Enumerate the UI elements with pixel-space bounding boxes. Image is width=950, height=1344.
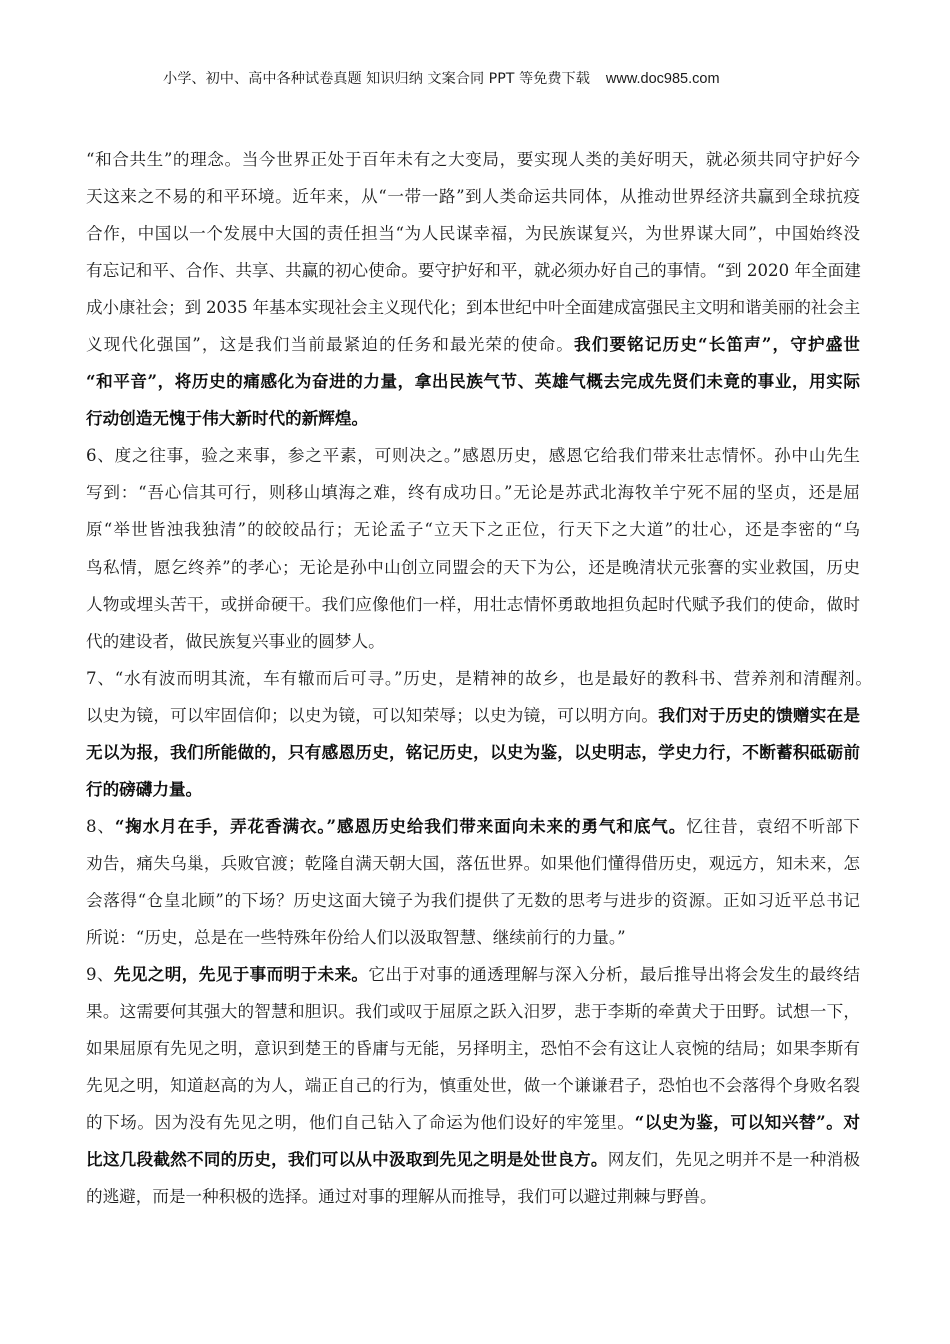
text-run: 忆往昔，袁绍不听部下 xyxy=(686,817,860,836)
text-run: 成小康社会；到 2035 年基本实现社会主义现代化；到本世纪中叶全面建成富强民主… xyxy=(86,298,860,317)
text-run: 代的建设者，做民族复兴事业的圆梦人。 xyxy=(86,632,385,651)
text-line: 以史为镜，可以牢固信仰；以史为镜，可以知荣辱；以史为镜，可以明方向。我们对于历史… xyxy=(86,697,860,734)
text-run: 6、度之往事，验之来事，参之平素，可则决之。”感恩历史，感恩它给我们带来壮志情怀… xyxy=(86,446,860,465)
text-run: 的下场。因为没有先见之明，他们自己钻入了命运为他们设好的牢笼里。 xyxy=(86,1113,635,1132)
text-line: 7、“水有波而明其流，车有辙而后可寻。”历史，是精神的故乡，也是最好的教科书、营… xyxy=(86,660,872,697)
text-run: 如果屈原有先见之明，意识到楚王的昏庸与无能，另择明主，恐怕不会有这让人哀惋的结局… xyxy=(86,1039,860,1058)
text-line: 如果屈原有先见之明，意识到楚王的昏庸与无能，另择明主，恐怕不会有这让人哀惋的结局… xyxy=(86,1030,860,1067)
text-line: 行的磅礴力量。 xyxy=(86,771,860,808)
text-line: 6、度之往事，验之来事，参之平素，可则决之。”感恩历史，感恩它给我们带来壮志情怀… xyxy=(86,437,860,474)
bold-text-run: 我们要铭记历史“长笛声”，守护盛世 xyxy=(574,334,860,354)
text-run: 会落得“仓皇北顾”的下场？历史这面大镜子为我们提供了无数的思考与进步的资源。正如… xyxy=(86,891,860,910)
text-run: 劝告，痛失乌巢，兵败官渡；乾隆自满天朝大国，落伍世界。如果他们懂得借历史，观远方… xyxy=(86,854,860,873)
text-run: 写到：“吾心信其可行，则移山填海之难，终有成功日。”无论是苏武北海牧羊宁死不屈的… xyxy=(86,483,860,502)
text-run: 以史为镜，可以牢固信仰；以史为镜，可以知荣辱；以史为镜，可以明方向。 xyxy=(86,706,658,725)
bold-text-run: 先见之明，先见于事而明于未来。 xyxy=(114,964,368,984)
text-line: 所说：“历史，总是在一些特殊年份给人们以汲取智慧、继续前行的力量。” xyxy=(86,919,860,956)
bold-text-run: “以史为鉴，可以知兴替”。对 xyxy=(635,1112,860,1132)
text-run: 7、“水有波而明其流，车有辙而后可寻。”历史，是精神的故乡，也是最好的教科书、营… xyxy=(86,669,872,688)
text-line: 人物或埋头苦干，或拼命硬干。我们应像他们一样，用壮志情怀勇敢地担负起时代赋予我们… xyxy=(86,586,860,623)
text-run: 先见之明，知道赵高的为人，端正自己的行为，慎重处世，做一个谦谦君子，恐怕也不会落… xyxy=(86,1076,860,1095)
text-run: 果。这需要何其强大的智慧和胆识。我们或叹于屈原之跃入汨罗，悲于李斯的牵黄犬于田野… xyxy=(86,1002,860,1021)
text-run: 原“举世皆浊我独清”的皎皎品行；无论孟子“立天下之正位，行天下之大道”的壮心，还… xyxy=(86,520,860,539)
text-line: 天这来之不易的和平环境。近年来，从“一带一路”到人类命运共同体，从推动世界经济共… xyxy=(86,178,860,215)
bold-text-run: 比这几段截然不同的历史，我们可以从中汲取到先见之明是处世良方。 xyxy=(86,1149,608,1169)
text-run: 天这来之不易的和平环境。近年来，从“一带一路”到人类命运共同体，从推动世界经济共… xyxy=(86,187,860,206)
text-line: 的逃避，而是一种积极的选择。通过对事的理解从而推导，我们可以避过荆棘与野兽。 xyxy=(86,1178,860,1215)
bold-text-run: 行动创造无愧于伟大新时代的新辉煌。 xyxy=(86,408,368,428)
text-line: 果。这需要何其强大的智慧和胆识。我们或叹于屈原之跃入汨罗，悲于李斯的牵黄犬于田野… xyxy=(86,993,860,1030)
text-line: “和平音”，将历史的痛感化为奋进的力量，拿出民族气节、英雄气概去完成先贤们未竟的… xyxy=(86,363,860,400)
bold-text-run: 行的磅礴力量。 xyxy=(86,779,202,799)
text-line: 9、先见之明，先见于事而明于未来。它出于对事的通透理解与深入分析，最后推导出将会… xyxy=(86,956,860,993)
bold-text-run: “和平音”，将历史的痛感化为奋进的力量，拿出民族气节、英雄气概去完成先贤们未竟的… xyxy=(86,371,860,391)
text-line: 合作，中国以一个发展中大国的责任担当“为人民谋幸福，为民族谋复兴，为世界谋大同”… xyxy=(86,215,860,252)
text-run: 网友们，先见之明并不是一种消极 xyxy=(608,1150,860,1169)
text-line: 8、“掬水月在手，弄花香满衣。”感恩历史给我们带来面向未来的勇气和底气。忆往昔，… xyxy=(86,808,860,845)
header-promo-text: 小学、初中、高中各种试卷真题 知识归纳 文案合同 PPT 等免费下载 xyxy=(163,71,590,87)
bold-text-run: 我们对于历史的馈赠实在是 xyxy=(658,705,860,725)
text-run: 9、 xyxy=(86,965,114,984)
text-run: “和合共生”的理念。当今世界正处于百年未有之大变局，要实现人类的美好明天，就必须… xyxy=(86,150,860,169)
bold-text-run: 无以为报，我们所能做的，只有感恩历史，铭记历史，以史为鉴，以史明志，学史力行，不… xyxy=(86,742,860,762)
text-run: 义现代化强国”，这是我们当前最紧迫的任务和最光荣的使命。 xyxy=(86,335,574,354)
page-header: 小学、初中、高中各种试卷真题 知识归纳 文案合同 PPT 等免费下载www.do… xyxy=(163,68,803,90)
text-line: 先见之明，知道赵高的为人，端正自己的行为，慎重处世，做一个谦谦君子，恐怕也不会落… xyxy=(86,1067,860,1104)
text-line: 义现代化强国”，这是我们当前最紧迫的任务和最光荣的使命。我们要铭记历史“长笛声”… xyxy=(86,326,860,363)
text-line: 会落得“仓皇北顾”的下场？历史这面大镜子为我们提供了无数的思考与进步的资源。正如… xyxy=(86,882,860,919)
text-line: “和合共生”的理念。当今世界正处于百年未有之大变局，要实现人类的美好明天，就必须… xyxy=(86,141,860,178)
text-run: 8、 xyxy=(86,817,115,836)
text-run: 合作，中国以一个发展中大国的责任担当“为人民谋幸福，为民族谋复兴，为世界谋大同”… xyxy=(86,224,860,243)
text-line: 的下场。因为没有先见之明，他们自己钻入了命运为他们设好的牢笼里。“以史为鉴，可以… xyxy=(86,1104,860,1141)
text-line: 成小康社会；到 2035 年基本实现社会主义现代化；到本世纪中叶全面建成富强民主… xyxy=(86,289,860,326)
header-url-link[interactable]: www.doc985.com xyxy=(606,71,720,87)
text-line: 无以为报，我们所能做的，只有感恩历史，铭记历史，以史为鉴，以史明志，学史力行，不… xyxy=(86,734,860,771)
text-run: 的逃避，而是一种积极的选择。通过对事的理解从而推导，我们可以避过荆棘与野兽。 xyxy=(86,1187,717,1206)
text-line: 行动创造无愧于伟大新时代的新辉煌。 xyxy=(86,400,860,437)
text-run: 有忘记和平、合作、共享、共赢的初心使命。要守护好和平，就必须办好自己的事情。“到… xyxy=(86,261,861,280)
text-line: 比这几段截然不同的历史，我们可以从中汲取到先见之明是处世良方。网友们，先见之明并… xyxy=(86,1141,860,1178)
text-line: 代的建设者，做民族复兴事业的圆梦人。 xyxy=(86,623,860,660)
text-line: 劝告，痛失乌巢，兵败官渡；乾隆自满天朝大国，落伍世界。如果他们懂得借历史，观远方… xyxy=(86,845,860,882)
text-run: 鸟私情，愿乞终养”的孝心；无论是孙中山创立同盟会的天下为公，还是晚清状元张謇的实… xyxy=(86,558,860,577)
text-run: 人物或埋头苦干，或拼命硬干。我们应像他们一样，用壮志情怀勇敢地担负起时代赋予我们… xyxy=(86,595,860,614)
bold-text-run: “掬水月在手，弄花香满衣。”感恩历史给我们带来面向未来的勇气和底气。 xyxy=(115,816,686,836)
document-body: “和合共生”的理念。当今世界正处于百年未有之大变局，要实现人类的美好明天，就必须… xyxy=(86,141,860,1215)
text-line: 有忘记和平、合作、共享、共赢的初心使命。要守护好和平，就必须办好自己的事情。“到… xyxy=(86,252,860,289)
document-page: 小学、初中、高中各种试卷真题 知识归纳 文案合同 PPT 等免费下载www.do… xyxy=(0,0,950,1344)
text-line: 原“举世皆浊我独清”的皎皎品行；无论孟子“立天下之正位，行天下之大道”的壮心，还… xyxy=(86,511,860,548)
text-run: 它出于对事的通透理解与深入分析，最后推导出将会发生的最终结 xyxy=(368,965,860,984)
text-line: 鸟私情，愿乞终养”的孝心；无论是孙中山创立同盟会的天下为公，还是晚清状元张謇的实… xyxy=(86,549,860,586)
text-run: 所说：“历史，总是在一些特殊年份给人们以汲取智慧、继续前行的力量。” xyxy=(86,928,626,947)
text-line: 写到：“吾心信其可行，则移山填海之难，终有成功日。”无论是苏武北海牧羊宁死不屈的… xyxy=(86,474,860,511)
